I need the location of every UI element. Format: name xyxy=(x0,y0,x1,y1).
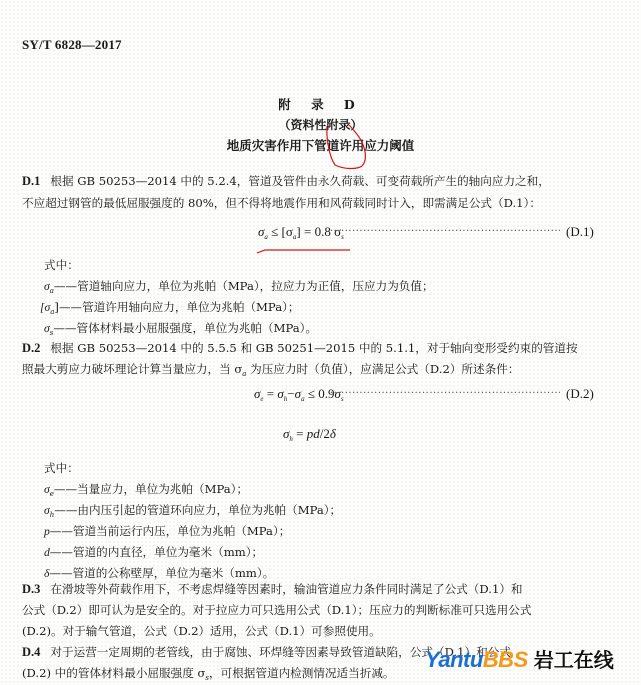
clause-d3-line3: (D.2)。对于输气管道，公式（D.2）适用，公式（D.1）可参照使用。 xyxy=(22,624,381,638)
clause-text: 在滑坡等外荷载作用下，不考虑焊缝等因素时，输油管道应力条件同时满足了公式（D.1… xyxy=(50,582,522,596)
clause-d2-line1: D.2根据 GB 50253—2014 中的 5.5.5 和 GB 50251—… xyxy=(22,341,578,355)
definition-text: ]——管道许用轴向应力，单位为兆帕（MPa）； xyxy=(54,300,299,314)
leader-dots: ········································… xyxy=(330,388,560,399)
definition-delta: δ——管道的公称壁厚，单位为毫米（mm）。 xyxy=(44,566,274,581)
clause-d1-line1: D.1根据 GB 50253—2014 中的 5.2.4，管道及管件由永久荷载、… xyxy=(22,174,550,188)
appendix-heading: 附 录 D xyxy=(0,95,641,113)
symbol: [σ xyxy=(40,301,50,314)
watermark-bbs: BBS xyxy=(483,647,528,672)
where-label: 式中： xyxy=(44,258,79,272)
clause-text: ，可根据管道内检测情况适当折减。 xyxy=(209,666,395,680)
standard-number: SY/T 6828—2017 xyxy=(22,37,122,53)
definition-sigma-a: σa——管道轴向应力，单位为兆帕（MPa），拉应力为正值，压应力为负值； xyxy=(44,279,434,298)
watermark-chinese: 岩工在线 xyxy=(534,650,614,672)
clause-text: (D.2) 中的管体材料最小屈服强度 σ xyxy=(22,666,205,680)
formula-part: ≤ [σ xyxy=(268,224,293,239)
clause-number-d4: D.4 xyxy=(22,645,40,659)
definition-text: ——管体材料最小屈服强度，单位为兆帕（MPa）。 xyxy=(53,321,317,335)
watermark-yantu: Yantu xyxy=(425,647,483,672)
definition-sigma-s: σs——管体材料最小屈服强度，单位为兆帕（MPa）。 xyxy=(44,321,317,340)
clause-text: 根据 GB 50253—2014 中的 5.5.5 和 GB 50251—201… xyxy=(50,341,577,355)
definition-text: ——管道当前运行内压，单位为兆帕（MPa）； xyxy=(50,524,291,538)
definition-text: ——管道轴向应力，单位为兆帕（MPa），拉应力为正值，压应力为负值； xyxy=(54,279,434,293)
definition-allowable-sigma-a: [σa]——管道许用轴向应力，单位为兆帕（MPa）； xyxy=(40,300,300,319)
definition-text: ——当量应力，单位为兆帕（MPa）； xyxy=(54,482,248,496)
definition-d: d——管道的内直径，单位为毫米（mm）； xyxy=(44,545,263,560)
clause-text: 照最大剪应力破坏理论计算当量应力，当 σ xyxy=(22,362,242,376)
formula-hoop-stress: σh = pd/2δ xyxy=(283,426,336,443)
clause-d4-line2: (D.2) 中的管体材料最小屈服强度 σs，可根据管道内检测情况适当折减。 xyxy=(22,666,395,685)
where-label: 式中： xyxy=(44,461,79,475)
definition-text: ——管道的公称壁厚，单位为毫米（mm）。 xyxy=(49,566,274,580)
appendix-type: （资料性附录） xyxy=(0,116,641,133)
clause-d3-line1: D.3在滑坡等外荷载作用下，不考虑焊缝等因素时，输油管道应力条件同时满足了公式（… xyxy=(22,582,523,596)
definition-text: ——由内压引起的管道环向应力，单位为兆帕（MPa）； xyxy=(54,503,341,517)
clause-d2-line2: 照最大剪应力破坏理论计算当量应力，当 σa 为压应力时（负值），应满足公式（D.… xyxy=(22,362,519,381)
clause-number-d3: D.3 xyxy=(22,582,40,596)
clause-number-d1: D.1 xyxy=(22,174,40,188)
definition-text: ——管道的内直径，单位为毫米（mm）； xyxy=(50,545,263,559)
leader-dots: ········································… xyxy=(330,226,560,237)
clause-text: 根据 GB 50253—2014 中的 5.2.4，管道及管件由永久荷载、可变荷… xyxy=(50,174,549,188)
definition-sigma-e: σe——当量应力，单位为兆帕（MPa）； xyxy=(44,482,248,501)
equation-number-d2: (D.2) xyxy=(566,386,594,402)
definition-sigma-h: σh——由内压引起的管道环向应力，单位为兆帕（MPa）； xyxy=(44,503,341,522)
clause-d3-line2: 公式（D.2）即可认为是安全的。对于拉应力可只选用公式（D.1）；压应力的判断标… xyxy=(22,603,531,617)
equation-number-d1: (D.1) xyxy=(566,224,594,240)
clause-number-d2: D.2 xyxy=(22,341,40,355)
clause-text: 为压应力时（负值），应满足公式（D.2）所述条件： xyxy=(246,362,519,376)
definition-p: p——管道当前运行内压，单位为兆帕（MPa）； xyxy=(44,524,290,539)
appendix-title: 地质灾害作用下管道许用应力阈值 xyxy=(0,136,641,154)
clause-d1-line2: 不应超过钢管的最低屈服强度的 80%，但不得将地震作用和风荷载同时计入，即需满足… xyxy=(22,196,541,210)
watermark-logo: YantuBBS岩工在线 xyxy=(425,644,614,673)
